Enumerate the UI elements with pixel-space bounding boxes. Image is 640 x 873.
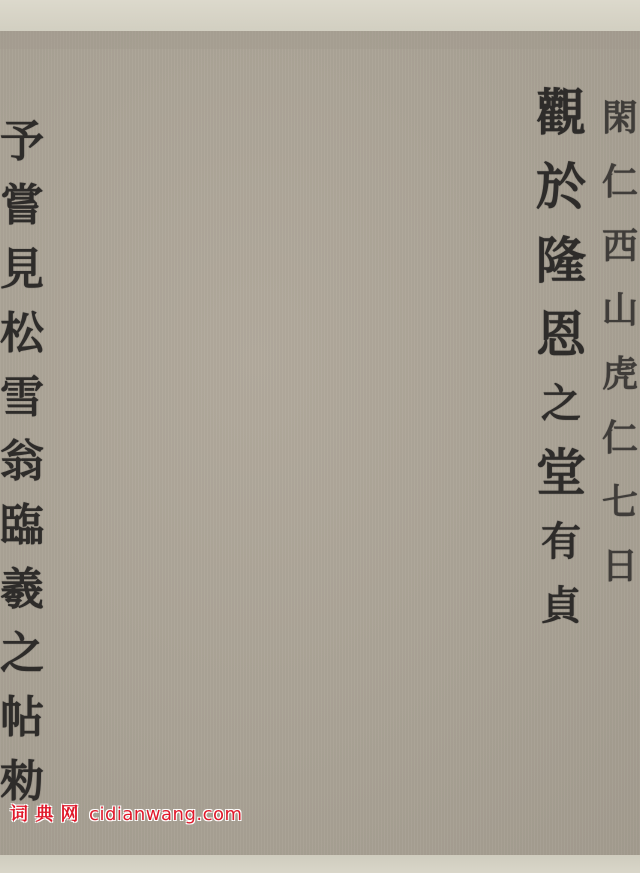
calligraphy-char: 堂 <box>536 448 586 498</box>
calligraphy-char: 松 <box>0 312 44 356</box>
calligraphy-char: 羲 <box>0 568 44 612</box>
calligraphy-char: 仁 <box>602 420 638 456</box>
calligraphy-char: 勑 <box>0 760 44 804</box>
calligraphy-char: 見 <box>0 248 44 292</box>
scroll-mount-top <box>0 0 640 31</box>
calligraphy-char: 觀 <box>536 88 586 138</box>
calligraphy-column-main: 觀 於 隆 恩 之 堂 有 貞 <box>536 88 586 650</box>
calligraphy-column-right-partial: 閑 仁 西 山 虎 仁 七 日 <box>602 100 638 612</box>
scroll-mount-bottom <box>0 855 640 873</box>
calligraphy-char: 閑 <box>602 100 638 136</box>
calligraphy-char: 翁 <box>0 440 44 484</box>
calligraphy-char: 山 <box>602 292 638 328</box>
calligraphy-char: 雪 <box>0 376 44 420</box>
watermark-url: cidianwang.com <box>89 804 243 825</box>
watermark-chinese: 词 典 网 <box>10 804 79 825</box>
calligraphy-char: 帖 <box>0 696 44 740</box>
calligraphy-char: 虎 <box>602 356 638 392</box>
calligraphy-column-left: 予 嘗 見 松 雪 翁 臨 羲 之 帖 勑 <box>0 120 44 824</box>
calligraphy-char: 臨 <box>0 504 44 548</box>
calligraphy-char: 予 <box>0 120 44 164</box>
calligraphy-char: 貞 <box>541 586 581 626</box>
site-watermark: 词 典 网cidianwang.com <box>10 800 243 826</box>
silk-top-band <box>0 31 640 49</box>
calligraphy-char: 嘗 <box>0 184 44 228</box>
calligraphy-char: 七 <box>602 484 638 520</box>
calligraphy-char: 於 <box>536 162 586 212</box>
calligraphy-char: 之 <box>541 384 581 424</box>
calligraphy-char: 日 <box>602 548 638 584</box>
calligraphy-char: 有 <box>541 522 581 562</box>
calligraphy-char: 恩 <box>536 310 586 360</box>
calligraphy-char: 隆 <box>536 236 586 286</box>
calligraphy-char: 西 <box>602 228 638 264</box>
calligraphy-char: 之 <box>0 632 44 676</box>
calligraphy-char: 仁 <box>602 164 638 200</box>
